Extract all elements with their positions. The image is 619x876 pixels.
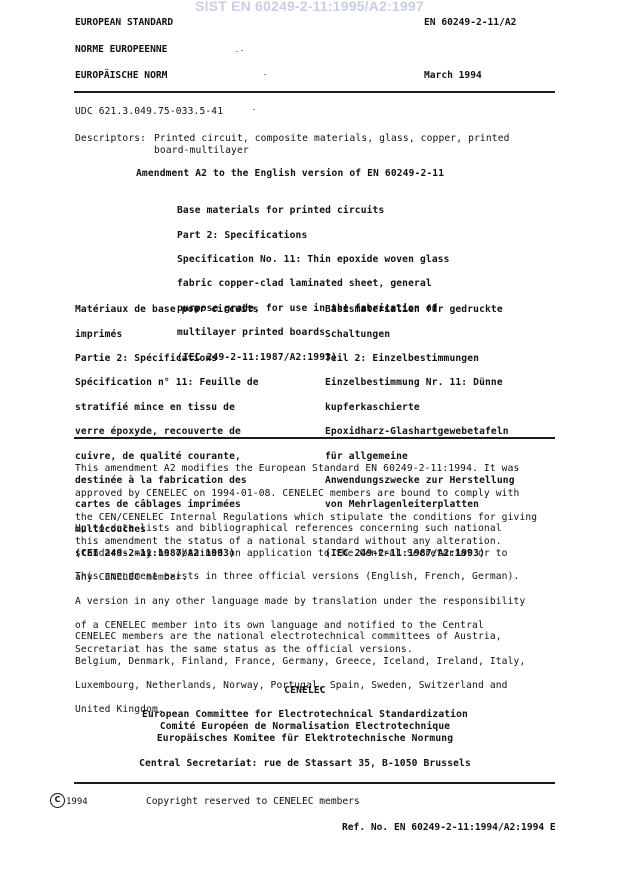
- footer-rule: [74, 782, 555, 784]
- title-fr-line: Partie 2: Spécifications: [75, 353, 259, 365]
- paragraph-line: Up-to-date lists and bibliographical ref…: [75, 523, 508, 535]
- org-full-fr: Comité Européen de Normalisation Electro…: [120, 721, 490, 733]
- descriptors-line-2: board-multilayer: [154, 145, 249, 157]
- header-title-fr: NORME EUROPEENNE: [75, 44, 167, 56]
- publication-date: March 1994: [424, 70, 482, 82]
- titles-rule: [74, 437, 555, 439]
- org-full-en: European Committee for Electrotechnical …: [120, 709, 490, 721]
- title-de-line: Einzelbestimmung Nr. 11: Dünne: [325, 377, 515, 389]
- watermark: SIST EN 60249-2-11:1995/A2:1997: [0, 0, 619, 12]
- standard-number: EN 60249-2-11/A2: [424, 17, 516, 29]
- copyright-text: Copyright reserved to CENELEC members: [146, 796, 360, 808]
- header-title-de: EUROPÄISCHE NORM: [75, 70, 167, 82]
- paragraph-line: This amendment exists in three official …: [75, 571, 525, 583]
- paragraph-line: CENELEC members are the national electro…: [75, 631, 525, 643]
- org-name: CENELEC: [120, 685, 490, 697]
- paragraph-line: standards may be obtained on application…: [75, 548, 508, 560]
- paragraph-line: approved by CENELEC on 1994-01-08. CENEL…: [75, 488, 537, 500]
- copyright-year: 1994: [66, 796, 88, 808]
- title-en-line: Base materials for printed circuits: [177, 205, 450, 217]
- reference-number: Ref. No. EN 60249-2-11:1994/A2:1994 E: [342, 822, 556, 834]
- paragraph-line: This amendment A2 modifies the European …: [75, 463, 537, 475]
- scan-speck: [241, 50, 243, 51]
- header-title-en: EUROPEAN STANDARD: [75, 17, 173, 29]
- udc-code: UDC 621.3.049.75-033.5-41: [75, 106, 223, 118]
- paragraph-line: A version in any other language made by …: [75, 596, 525, 608]
- title-fr-line: Matériaux de base pour circuits: [75, 304, 259, 316]
- title-de-line: Schaltungen: [325, 329, 515, 341]
- header-rule: [74, 91, 555, 93]
- scan-speck: [236, 51, 238, 52]
- scan-speck: [264, 74, 266, 75]
- org-secretariat: Central Secretariat: rue de Stassart 35,…: [120, 758, 490, 770]
- amendment-title: Amendment A2 to the English version of E…: [136, 168, 444, 180]
- org-full-de: Europäisches Komitee für Elektrotechnisc…: [120, 733, 490, 745]
- title-fr-line: imprimés: [75, 329, 259, 341]
- copyright-icon: C: [50, 793, 65, 808]
- title-de-line: Teil 2: Einzelbestimmungen: [325, 353, 515, 365]
- descriptors-label: Descriptors:: [75, 133, 146, 145]
- descriptors-line-1: Printed circuit, composite materials, gl…: [154, 133, 510, 145]
- paragraph-line: Belgium, Denmark, Finland, France, Germa…: [75, 656, 525, 668]
- title-de-line: kupferkaschierte: [325, 402, 515, 414]
- title-en-line: Specification No. 11: Thin epoxide woven…: [177, 254, 450, 266]
- title-fr-line: Spécification n° 11: Feuille de: [75, 377, 259, 389]
- title-en-line: Part 2: Specifications: [177, 230, 450, 242]
- title-de-line: Basismaterialien für gedruckte: [325, 304, 515, 316]
- title-fr-line: stratifié mince en tissu de: [75, 402, 259, 414]
- title-en-line: fabric copper-clad laminated sheet, gene…: [177, 278, 450, 290]
- scan-speck: [253, 109, 255, 110]
